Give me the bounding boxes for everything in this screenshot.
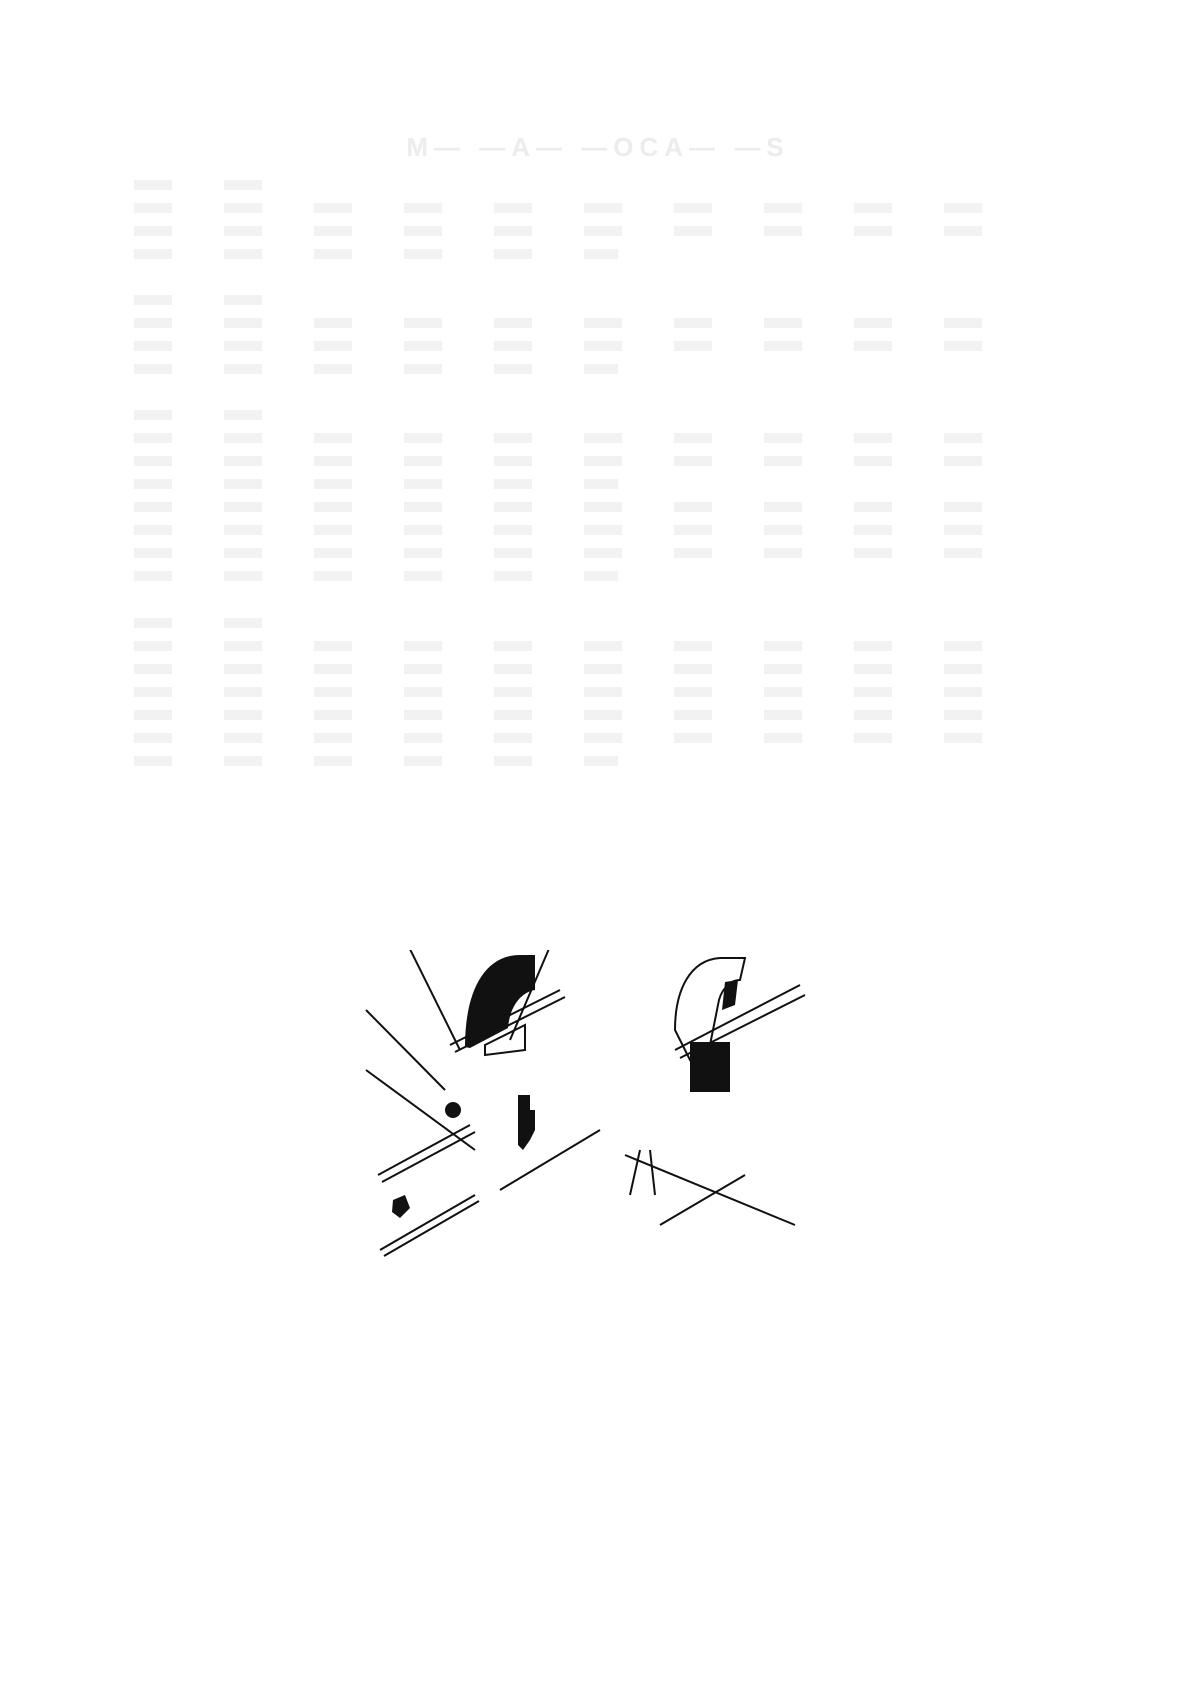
technical-diagram xyxy=(130,950,1030,1370)
page-title: M— —A— —OCA— —S xyxy=(0,132,1196,163)
section-2 xyxy=(134,295,1014,387)
section-4 xyxy=(134,618,1014,779)
section-1 xyxy=(134,180,1014,272)
section-3 xyxy=(134,410,1014,594)
